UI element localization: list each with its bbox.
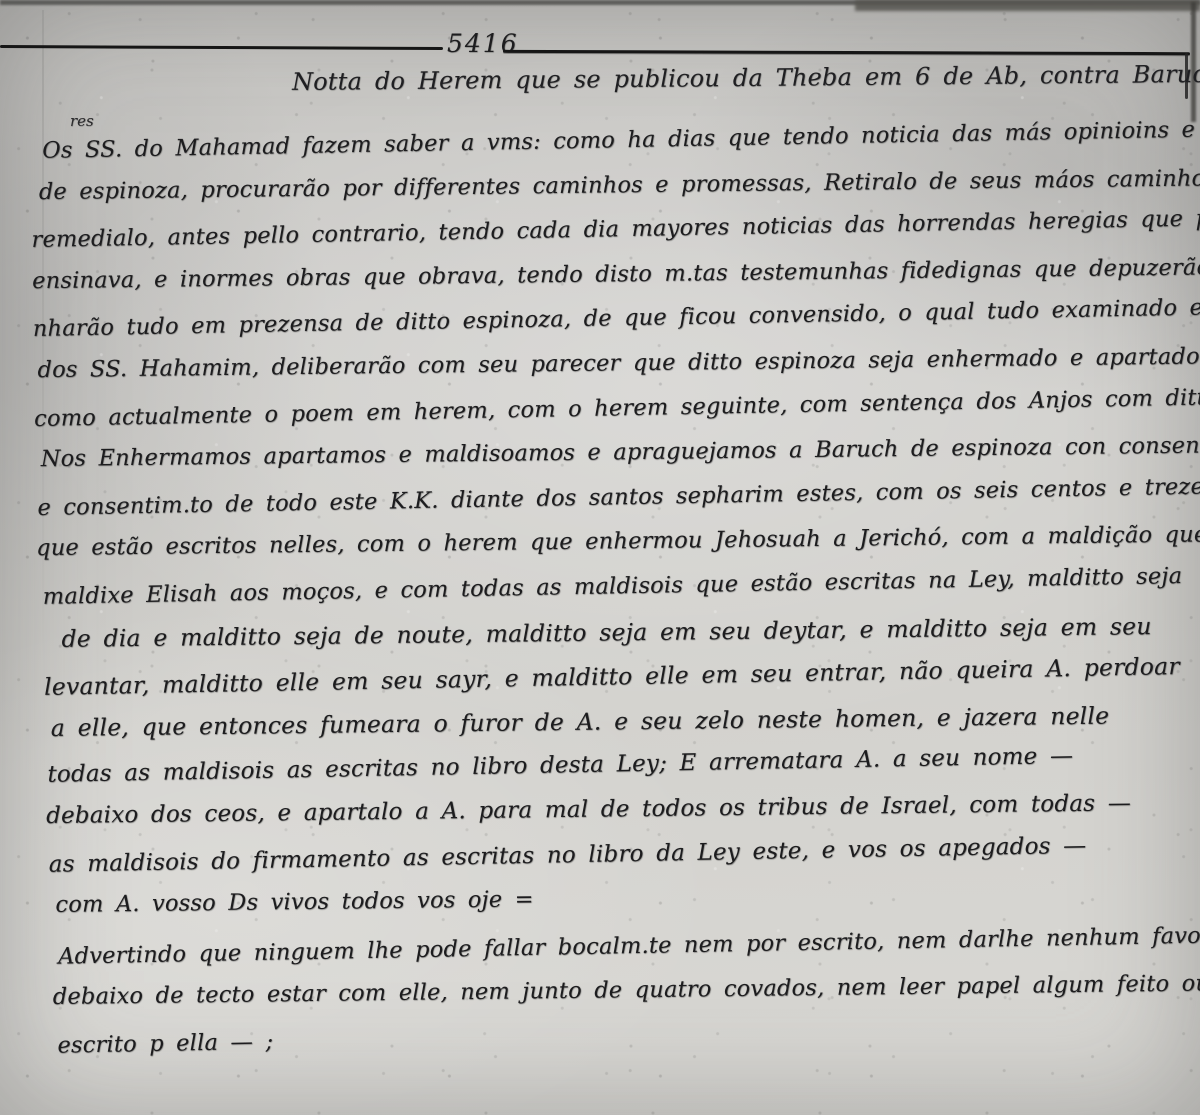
header-rule-right (503, 50, 1190, 55)
document-title: Notta do Herem que se publicou da Theba … (292, 60, 1192, 96)
photo-top-edge-right (855, 0, 1200, 11)
superscript-abbreviation: res (70, 112, 94, 130)
header-rule-left (0, 45, 443, 50)
year-heading: 5416 (447, 29, 519, 58)
manuscript-body: Os SS. do Mahamad fazem saber a vms: com… (30, 119, 1199, 1076)
manuscript-photograph: 5416 Notta do Herem que se publicou da T… (0, 0, 1200, 1115)
